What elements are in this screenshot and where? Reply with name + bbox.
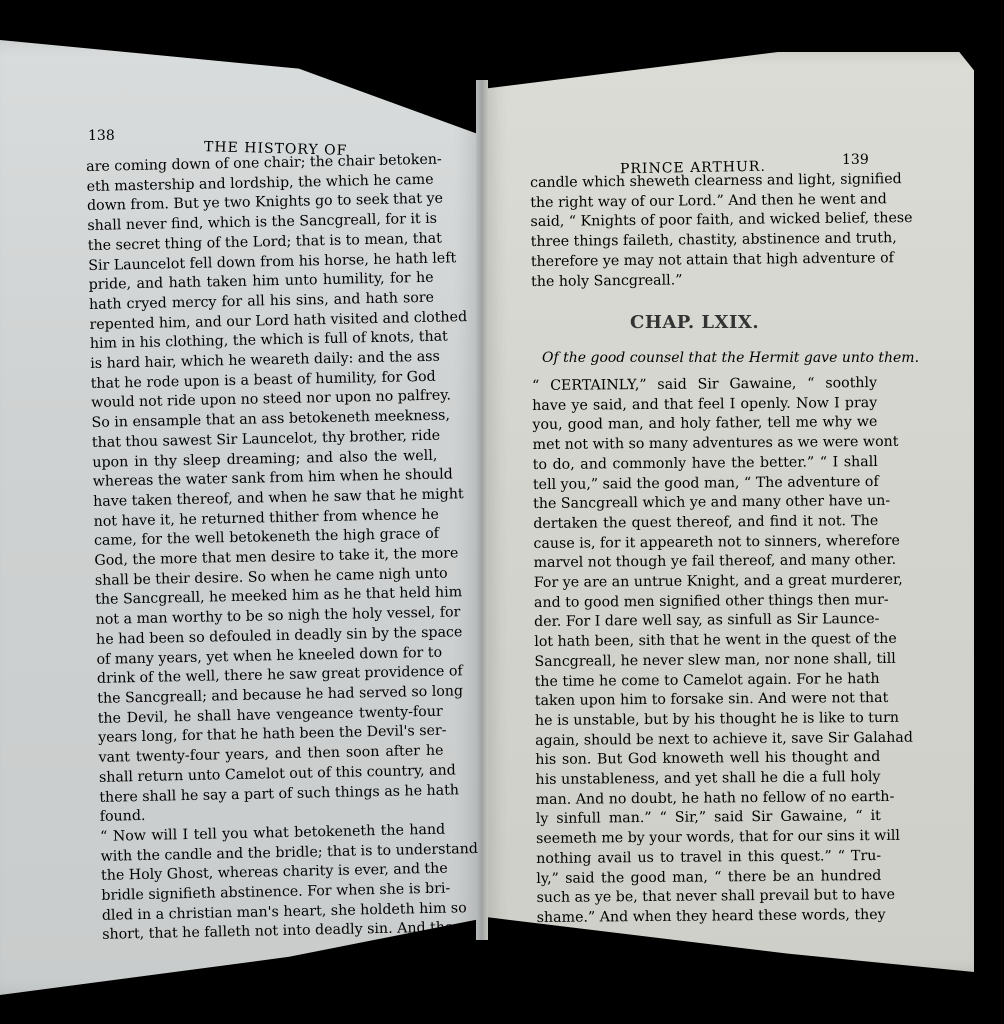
left-page-body: are coming down of one chair; the chair …: [86, 151, 447, 946]
text-line: therefore ye may not attain that high ad…: [531, 249, 877, 272]
chapter-title: CHAP. LXIX.: [630, 312, 759, 333]
right-page-top-text: candle which sheweth clearness and light…: [530, 170, 877, 292]
text-line: Sancgreall, he never slew man, nor none …: [534, 650, 879, 673]
book-gutter: [476, 80, 488, 940]
page-number-left: 138: [88, 128, 115, 144]
text-line: dertaken the quest thereof, and find it …: [533, 512, 878, 535]
text-line: to do, and commonly have the better.” “ …: [533, 453, 878, 476]
text-line: his unstableness, and yet shall he die a…: [535, 768, 880, 791]
right-page-body: “ CERTAINLY,” said Sir Gawaine, “ soothl…: [532, 374, 882, 929]
text-line: For ye are an untrue Knight, and a great…: [534, 571, 879, 594]
text-line: shame.” And when they heard these words,…: [537, 906, 882, 929]
text-line: the holy Sancgreall.”: [531, 269, 877, 292]
text-line: “ CERTAINLY,” said Sir Gawaine, “ soothl…: [532, 374, 877, 397]
text-line: nothing avail us to travel in this quest…: [536, 847, 881, 870]
chapter-subtitle: Of the good counsel that the Hermit gave…: [542, 350, 919, 366]
text-line: he is unstable, but by his thought he is…: [535, 709, 880, 732]
text-line: met not with so many adventures as we we…: [533, 433, 878, 456]
page-number-right: 139: [842, 152, 869, 168]
